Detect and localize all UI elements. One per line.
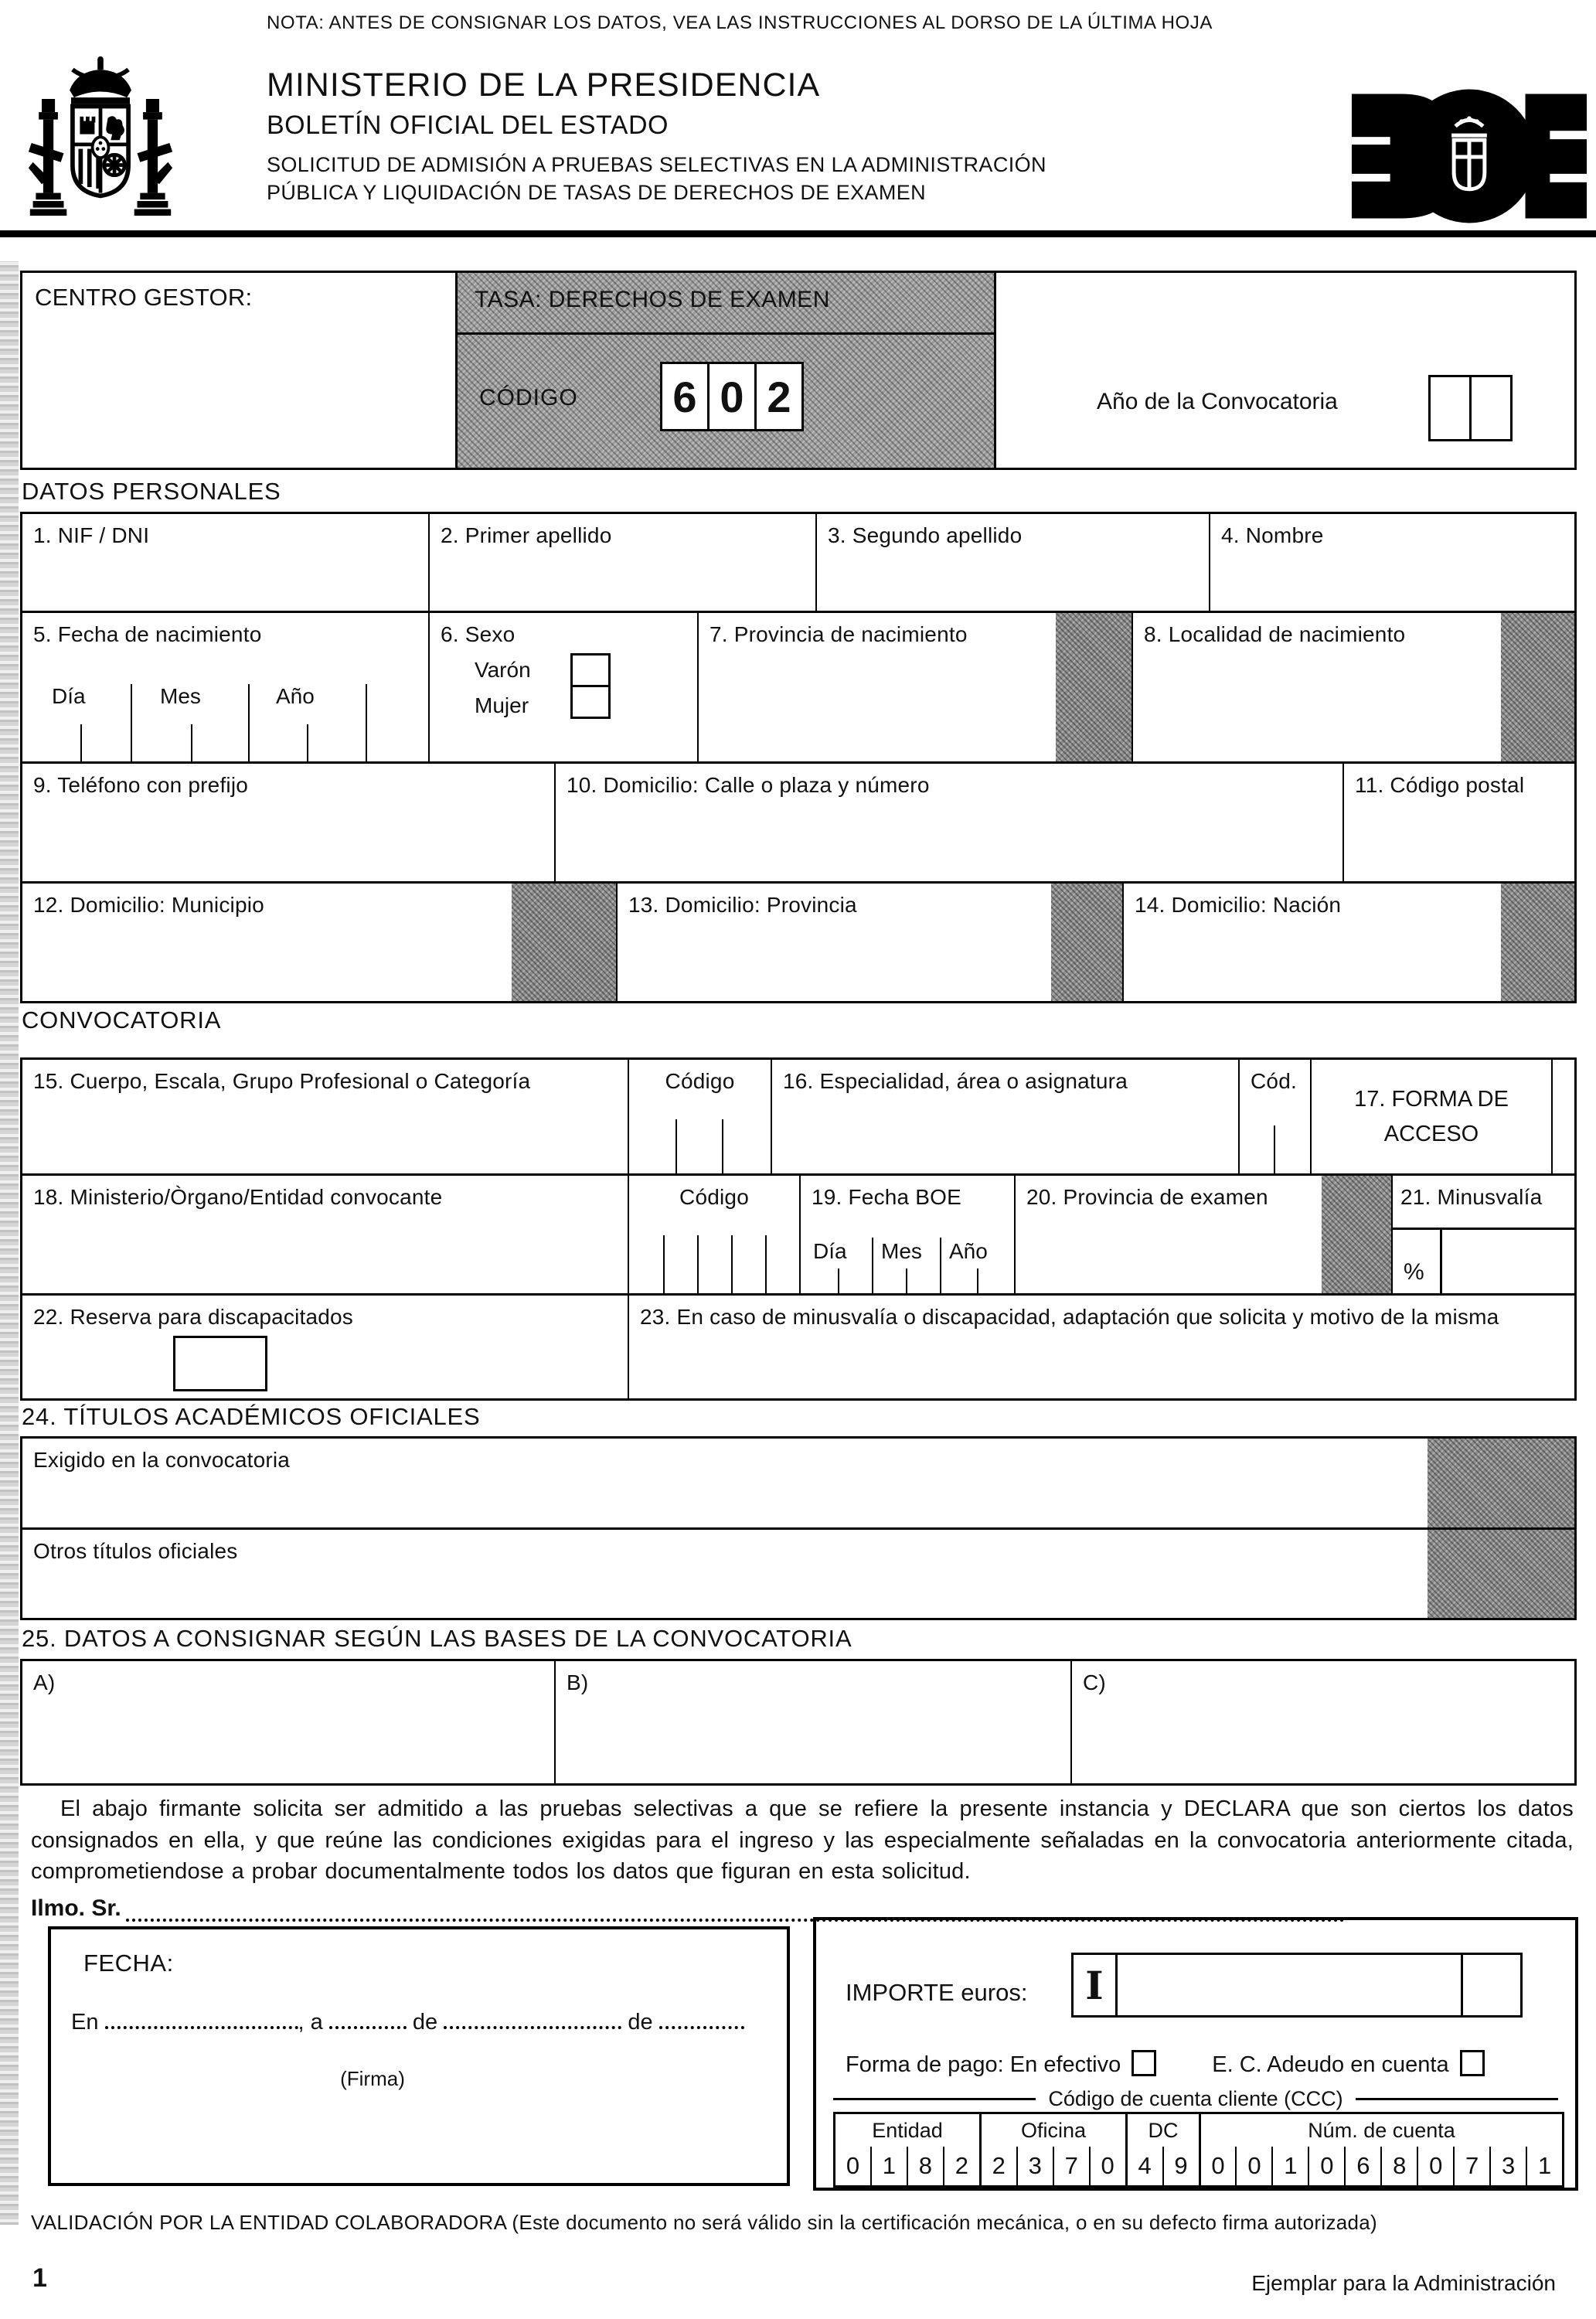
legend-rule bbox=[833, 2098, 1036, 2100]
field-label: 20. Provincia de examen bbox=[1026, 1185, 1268, 1210]
ccc-digit: 6 bbox=[1346, 2147, 1382, 2185]
titulos-title: 24. TÍTULOS ACADÉMICOS OFICIALES bbox=[22, 1403, 481, 1431]
ccc-digit: 2 bbox=[982, 2147, 1018, 2185]
field-especialidad[interactable]: 16. Especialidad, área o asignatura bbox=[772, 1060, 1240, 1173]
anio-digit-box[interactable] bbox=[1469, 375, 1513, 441]
ccc-title: Código de cuenta cliente (CCC) bbox=[1036, 2087, 1355, 2111]
column-tick bbox=[1274, 1125, 1275, 1173]
mujer-checkbox[interactable] bbox=[570, 685, 611, 719]
fecha-year-write-in[interactable] bbox=[659, 2012, 744, 2029]
ccc-digit: 8 bbox=[1382, 2147, 1418, 2185]
anio-digit-box[interactable] bbox=[1428, 375, 1472, 441]
varon-checkbox[interactable] bbox=[570, 653, 611, 687]
ccc-table: Entidad Oficina DC Núm. de cuenta 0 1 8 … bbox=[833, 2112, 1564, 2188]
ccc-digit: 0 bbox=[1091, 2147, 1128, 2185]
page-number: 1 bbox=[32, 2263, 47, 2293]
fecha-word: , a bbox=[298, 2010, 323, 2035]
field-label: Exigido en la convocatoria bbox=[33, 1448, 290, 1473]
mujer-label: Mujer bbox=[475, 693, 529, 718]
ccc-digit: 3 bbox=[1491, 2147, 1527, 2185]
anio-convocatoria-cell: Año de la Convocatoria bbox=[996, 273, 1574, 468]
table-row: 1. NIF / DNI 2. Primer apellido 3. Segun… bbox=[22, 514, 1574, 613]
field-provincia-nacimiento[interactable]: 7. Provincia de nacimiento bbox=[699, 613, 1133, 761]
field-label: 13. Domicilio: Provincia bbox=[628, 893, 857, 918]
anio-label: Año bbox=[949, 1239, 988, 1264]
dia-label: Día bbox=[813, 1239, 847, 1264]
column-tick bbox=[366, 684, 367, 761]
field-label: C) bbox=[1083, 1670, 1106, 1695]
field-label: Código bbox=[679, 1185, 749, 1210]
importe-currency-marker: I bbox=[1071, 1953, 1118, 2018]
ccc-digit-row: 0 1 8 2 2 3 7 0 4 9 0 0 1 0 6 8 0 7 3 1 bbox=[835, 2147, 1562, 2185]
ccc-header-dc: DC bbox=[1128, 2114, 1201, 2147]
table-row: 12. Domicilio: Municipio 13. Domicilio: … bbox=[22, 884, 1574, 1001]
codigo-digit[interactable]: 2 bbox=[754, 362, 804, 431]
fecha-box: FECHA: En , a de de (Firma) bbox=[48, 1926, 790, 2186]
ccc-digit: 7 bbox=[1054, 2147, 1091, 2185]
column-tick bbox=[977, 1268, 978, 1293]
field-label: B) bbox=[567, 1670, 588, 1695]
field-nif-dni[interactable]: 1. NIF / DNI bbox=[22, 514, 430, 611]
addressee-label: Ilmo. Sr. bbox=[31, 1895, 121, 1922]
field-forma-acceso[interactable]: 17. FORMA DE ACCESO bbox=[1312, 1060, 1553, 1173]
ccc-digit: 9 bbox=[1164, 2147, 1201, 2185]
field-minusvalia[interactable]: 21. Minusvalía % bbox=[1393, 1176, 1574, 1293]
field-domicilio-calle[interactable]: 10. Domicilio: Calle o plaza y número bbox=[556, 764, 1344, 881]
personal-data-table: 1. NIF / DNI 2. Primer apellido 3. Segun… bbox=[20, 512, 1577, 1003]
office-code-strip bbox=[1322, 1176, 1391, 1293]
field-label: Otros títulos oficiales bbox=[33, 1539, 237, 1564]
office-code-strip bbox=[1501, 884, 1574, 1001]
field-domicilio-nacion[interactable]: 14. Domicilio: Nación bbox=[1124, 884, 1574, 1001]
codigo-label: CÓDIGO bbox=[479, 385, 578, 411]
codigo-digit[interactable]: 0 bbox=[707, 362, 757, 431]
ccc-header-oficina: Oficina bbox=[982, 2114, 1128, 2147]
adeudo-label: E. C. Adeudo en cuenta bbox=[1212, 2052, 1448, 2077]
ccc-legend: Código de cuenta cliente (CCC) bbox=[833, 2087, 1558, 2111]
field-label: Código bbox=[665, 1069, 735, 1094]
fecha-city-write-in[interactable] bbox=[105, 2012, 298, 2029]
bases-table: A) B) C) bbox=[20, 1659, 1577, 1786]
payment-method-line: Forma de pago: En efectivoE. C. Adeudo e… bbox=[846, 2050, 1560, 2078]
field-label: 16. Especialidad, área o asignatura bbox=[783, 1069, 1128, 1094]
field-label: 10. Domicilio: Calle o plaza y número bbox=[567, 773, 930, 798]
column-tick bbox=[838, 1268, 839, 1293]
table-row: 15. Cuerpo, Escala, Grupo Profesional o … bbox=[22, 1060, 1574, 1176]
copy-label: Ejemplar para la Administración bbox=[1251, 2271, 1556, 2296]
scan-edge-artifact bbox=[0, 261, 19, 2225]
column-tick bbox=[731, 1235, 733, 1293]
table-row: 18. Ministerio/Òrgano/Entidad convocante… bbox=[22, 1176, 1574, 1296]
column-tick bbox=[248, 684, 250, 761]
mes-label: Mes bbox=[160, 684, 201, 709]
bulletin-title: BOLETÍN OFICIAL DEL ESTADO bbox=[267, 111, 1046, 141]
field-label: 12. Domicilio: Municipio bbox=[33, 893, 264, 918]
column-tick bbox=[80, 724, 82, 761]
field-otros-titulos[interactable]: Otros títulos oficiales bbox=[22, 1530, 1574, 1618]
top-instruction-note: NOTA: ANTES DE CONSIGNAR LOS DATOS, VEA … bbox=[267, 12, 1213, 34]
ccc-header-row: Entidad Oficina DC Núm. de cuenta bbox=[835, 2114, 1562, 2147]
header: MINISTERIO DE LA PRESIDENCIA BOLETÍN OFI… bbox=[267, 66, 1046, 206]
ccc-digit: 8 bbox=[908, 2147, 944, 2185]
column-tick bbox=[675, 1119, 677, 1173]
column-tick bbox=[722, 1119, 723, 1173]
field-base-c[interactable]: C) bbox=[1072, 1661, 1574, 1783]
ccc-digit: 2 bbox=[944, 2147, 982, 2185]
field-label: 14. Domicilio: Nación bbox=[1135, 893, 1341, 918]
boe-logo-icon bbox=[1346, 87, 1591, 226]
dia-label: Día bbox=[52, 684, 86, 709]
field-label: 5. Fecha de nacimiento bbox=[33, 622, 261, 647]
header-divider bbox=[0, 230, 1596, 237]
bases-title: 25. DATOS A CONSIGNAR SEGÚN LAS BASES DE… bbox=[22, 1625, 852, 1653]
spain-coat-of-arms-icon bbox=[27, 54, 174, 232]
table-row: 22. Reserva para discapacitados 23. En c… bbox=[22, 1296, 1574, 1398]
ccc-digit: 4 bbox=[1128, 2147, 1164, 2185]
importe-amount-field[interactable] bbox=[1115, 1953, 1463, 2018]
table-row: 5. Fecha de nacimiento Día Mes Año 6. Se… bbox=[22, 613, 1574, 764]
importe-label: IMPORTE euros: bbox=[846, 1979, 1027, 2007]
field-label: 2. Primer apellido bbox=[441, 523, 611, 548]
field-label: 15. Cuerpo, Escala, Grupo Profesional o … bbox=[33, 1069, 530, 1094]
validation-note: VALIDACIÓN POR LA ENTIDAD COLABORADORA (… bbox=[31, 2211, 1377, 2235]
forma-pago-label: Forma de pago: En efectivo bbox=[846, 2052, 1121, 2077]
centro-gestor-label: CENTRO GESTOR: bbox=[35, 284, 252, 312]
field-label: A) bbox=[33, 1670, 55, 1695]
field-codigo-ministerio[interactable]: Código bbox=[629, 1176, 801, 1293]
column-tick bbox=[872, 1238, 873, 1293]
adeudo-checkbox[interactable] bbox=[1460, 2050, 1485, 2076]
field-label: 8. Localidad de nacimiento bbox=[1144, 622, 1405, 647]
field-domicilio-municipio[interactable]: 12. Domicilio: Municipio bbox=[22, 884, 618, 1001]
field-primer-apellido[interactable]: 2. Primer apellido bbox=[430, 514, 817, 611]
field-reserva-discapacitados: 22. Reserva para discapacitados bbox=[22, 1296, 629, 1398]
forma-acceso-code-cell[interactable] bbox=[1553, 1060, 1574, 1173]
codigo-digit-boxes: 6 0 2 bbox=[662, 362, 804, 431]
anio-label: Año bbox=[276, 684, 315, 709]
varon-label: Varón bbox=[475, 658, 531, 683]
minusvalia-percent-row: % bbox=[1393, 1228, 1574, 1293]
fecha-label: FECHA: bbox=[83, 1950, 174, 1977]
tasa-cell: TASA: DERECHOS DE EXAMEN CÓDIGO 6 0 2 bbox=[458, 273, 996, 468]
field-label: Cód. bbox=[1251, 1069, 1297, 1094]
fecha-word: de bbox=[413, 2010, 437, 2035]
column-tick bbox=[906, 1268, 907, 1293]
percent-label: % bbox=[1393, 1230, 1442, 1293]
legend-rule bbox=[1356, 2098, 1558, 2100]
convocatoria-title: CONVOCATORIA bbox=[22, 1006, 221, 1034]
tasa-label: TASA: DERECHOS DE EXAMEN bbox=[458, 273, 994, 335]
anio-convocatoria-boxes bbox=[1431, 375, 1513, 441]
field-label: 18. Ministerio/Òrgano/Entidad convocante bbox=[33, 1185, 442, 1210]
field-label: 9. Teléfono con prefijo bbox=[33, 773, 248, 798]
ccc-digit: 0 bbox=[1237, 2147, 1273, 2185]
field-fecha-boe[interactable]: 19. Fecha BOE Día Mes Año bbox=[801, 1176, 1016, 1293]
table-row: Exigido en la convocatoria bbox=[22, 1439, 1574, 1530]
office-code-strip bbox=[1428, 1439, 1574, 1527]
column-tick bbox=[131, 684, 132, 761]
office-code-strip bbox=[1051, 884, 1122, 1001]
field-adaptacion-minusvalia[interactable]: 23. En caso de minusvalía o discapacidad… bbox=[629, 1296, 1574, 1398]
field-label: 22. Reserva para discapacitados bbox=[33, 1305, 353, 1330]
field-label: 1. NIF / DNI bbox=[33, 523, 149, 548]
anio-convocatoria-label: Año de la Convocatoria bbox=[1097, 389, 1338, 415]
codigo-digit[interactable]: 6 bbox=[660, 362, 710, 431]
ccc-digit: 0 bbox=[835, 2147, 872, 2185]
efectivo-checkbox[interactable] bbox=[1131, 2050, 1156, 2076]
field-label: 4. Nombre bbox=[1221, 523, 1324, 548]
ccc-digit: 0 bbox=[1201, 2147, 1237, 2185]
field-telefono[interactable]: 9. Teléfono con prefijo bbox=[22, 764, 556, 881]
field-label: 21. Minusvalía bbox=[1400, 1185, 1542, 1210]
field-domicilio-provincia[interactable]: 13. Domicilio: Provincia bbox=[618, 884, 1124, 1001]
importe-decimals-field[interactable] bbox=[1461, 1953, 1523, 2018]
field-segundo-apellido[interactable]: 3. Segundo apellido bbox=[817, 514, 1210, 611]
ccc-header-entidad: Entidad bbox=[835, 2114, 982, 2147]
ministry-title: MINISTERIO DE LA PRESIDENCIA bbox=[267, 66, 1046, 104]
datos-personales-title: DATOS PERSONALES bbox=[22, 478, 281, 506]
field-codigo-postal[interactable]: 11. Código postal bbox=[1344, 764, 1574, 881]
office-code-strip bbox=[1428, 1530, 1574, 1618]
fecha-word: de bbox=[628, 2010, 652, 2035]
fecha-month-write-in[interactable] bbox=[444, 2012, 621, 2029]
titulos-table: Exigido en la convocatoria Otros títulos… bbox=[20, 1436, 1577, 1620]
office-code-strip bbox=[1501, 613, 1574, 761]
fecha-word: En bbox=[71, 2010, 98, 2035]
ccc-digit: 7 bbox=[1455, 2147, 1491, 2185]
column-tick bbox=[697, 1235, 699, 1293]
firma-label: (Firma) bbox=[51, 2067, 694, 2091]
tax-header-box: CENTRO GESTOR: TASA: DERECHOS DE EXAMEN … bbox=[20, 271, 1577, 470]
field-label: 19. Fecha BOE bbox=[812, 1185, 961, 1210]
ccc-digit: 1 bbox=[1527, 2147, 1562, 2185]
importe-box: IMPORTE euros: I Forma de pago: En efect… bbox=[813, 1917, 1578, 2191]
column-tick bbox=[307, 724, 308, 761]
field-label: 7. Provincia de nacimiento bbox=[710, 622, 968, 647]
importe-input: I bbox=[1071, 1953, 1523, 2018]
form-subtitle-line1: SOLICITUD DE ADMISIÓN A PRUEBAS SELECTIV… bbox=[267, 152, 1046, 179]
ccc-header-cuenta: Núm. de cuenta bbox=[1201, 2114, 1562, 2147]
office-code-strip bbox=[1056, 613, 1131, 761]
ccc-digit: 1 bbox=[872, 2147, 908, 2185]
field-fecha-nacimiento[interactable]: 5. Fecha de nacimiento Día Mes Año bbox=[22, 613, 430, 761]
column-tick bbox=[191, 724, 192, 761]
table-row: 9. Teléfono con prefijo 10. Domicilio: C… bbox=[22, 764, 1574, 884]
field-sexo: 6. Sexo Varón Mujer bbox=[430, 613, 699, 761]
column-tick bbox=[765, 1235, 767, 1293]
mes-label: Mes bbox=[881, 1239, 922, 1264]
form-page: NOTA: ANTES DE CONSIGNAR LOS DATOS, VEA … bbox=[0, 0, 1596, 2319]
field-label: 17. FORMA DE ACCESO bbox=[1354, 1082, 1509, 1152]
field-cuerpo-escala[interactable]: 15. Cuerpo, Escala, Grupo Profesional o … bbox=[22, 1060, 629, 1173]
field-label: 23. En caso de minusvalía o discapacidad… bbox=[640, 1305, 1499, 1330]
fecha-day-write-in[interactable] bbox=[329, 2012, 407, 2029]
field-codigo-cuerpo[interactable]: Código bbox=[629, 1060, 772, 1173]
reserva-checkbox[interactable] bbox=[173, 1336, 267, 1391]
ccc-digit: 3 bbox=[1018, 2147, 1054, 2185]
field-nombre[interactable]: 4. Nombre bbox=[1210, 514, 1574, 611]
table-row: Otros títulos oficiales bbox=[22, 1530, 1574, 1618]
office-code-strip bbox=[512, 884, 616, 1001]
form-subtitle-line2: PÚBLICA Y LIQUIDACIÓN DE TASAS DE DERECH… bbox=[267, 179, 1046, 207]
field-titulo-exigido[interactable]: Exigido en la convocatoria bbox=[22, 1439, 1574, 1527]
field-localidad-nacimiento[interactable]: 8. Localidad de nacimiento bbox=[1133, 613, 1574, 761]
field-label: 3. Segundo apellido bbox=[828, 523, 1022, 548]
field-cod-especialidad[interactable]: Cód. bbox=[1240, 1060, 1312, 1173]
fecha-write-line[interactable]: En , a de de bbox=[71, 2010, 767, 2035]
column-tick bbox=[940, 1238, 941, 1293]
centro-gestor-cell[interactable]: CENTRO GESTOR: bbox=[22, 273, 458, 468]
declaration-paragraph: El abajo firmante solicita ser admitido … bbox=[31, 1793, 1574, 1888]
ccc-digit: 0 bbox=[1309, 2147, 1346, 2185]
field-ministerio-convocante[interactable]: 18. Ministerio/Òrgano/Entidad convocante bbox=[22, 1176, 629, 1293]
ccc-digit: 0 bbox=[1418, 2147, 1455, 2185]
field-label: 6. Sexo bbox=[441, 622, 515, 647]
column-tick bbox=[663, 1235, 665, 1293]
field-provincia-examen[interactable]: 20. Provincia de examen bbox=[1016, 1176, 1393, 1293]
field-base-b[interactable]: B) bbox=[556, 1661, 1072, 1783]
ccc-digit: 1 bbox=[1273, 2147, 1309, 2185]
field-label: 11. Código postal bbox=[1355, 773, 1524, 798]
field-base-a[interactable]: A) bbox=[22, 1661, 556, 1783]
convocatoria-table: 15. Cuerpo, Escala, Grupo Profesional o … bbox=[20, 1057, 1577, 1401]
table-row: A) B) C) bbox=[22, 1661, 1574, 1783]
